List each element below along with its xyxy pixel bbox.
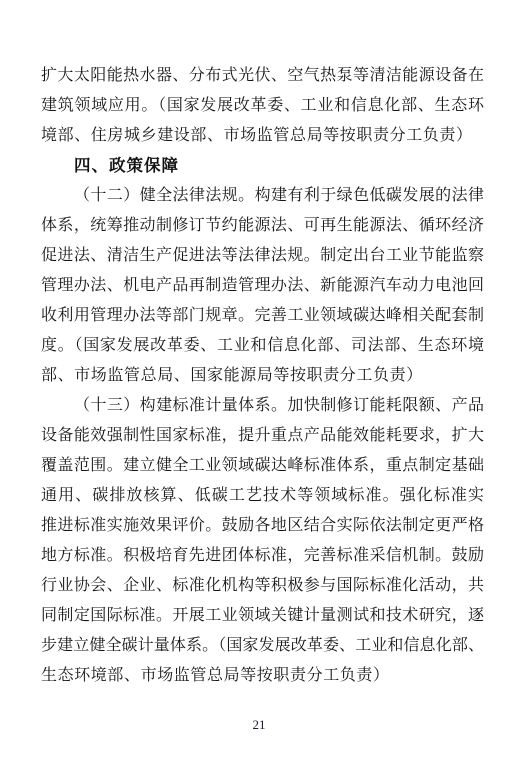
page-number: 21: [0, 717, 518, 733]
text-line: 度。（国家发展改革委、工业和信息化部、司法部、生态环境: [41, 331, 484, 361]
document-page: 扩大太阳能热水器、分布式光伏、空气热泵等清洁能源设备在 建筑领域应用。（国家发展…: [0, 0, 518, 758]
text-line: 扩大太阳能热水器、分布式光伏、空气热泵等清洁能源设备在: [41, 61, 484, 91]
text-line: 覆盖范围。建立健全工业领域碳达峰标准体系，重点制定基础: [41, 451, 484, 481]
text-line: 促进法、清洁生产促进法等法律法规。制定出台工业节能监察: [41, 241, 484, 271]
text-line: 通用、碳排放核算、低碳工艺技术等领域标准。强化标准实施，: [41, 481, 484, 511]
text-line: 建筑领域应用。（国家发展改革委、工业和信息化部、生态环: [41, 91, 484, 121]
text-line: 收利用管理办法等部门规章。完善工业领域碳达峰相关配套制: [41, 301, 484, 331]
text-line: 设备能效强制性国家标准，提升重点产品能效能耗要求，扩大: [41, 421, 484, 451]
text-line: 生态环境部、市场监管总局等按职责分工负责）: [41, 661, 484, 691]
paragraph-start: （十二）健全法律法规。构建有利于绿色低碳发展的法律: [41, 181, 484, 211]
text-line: 境部、住房城乡建设部、市场监管总局等按职责分工负责）: [41, 121, 484, 151]
text-line: 部、市场监管总局、国家能源局等按职责分工负责）: [41, 361, 484, 391]
text-line: 推进标准实施效果评价。鼓励各地区结合实际依法制定更严格: [41, 511, 484, 541]
paragraph-start: （十三）构建标准计量体系。加快制修订能耗限额、产品: [41, 391, 484, 421]
section-heading: 四、政策保障: [41, 151, 484, 181]
text-line: 步建立健全碳计量体系。（国家发展改革委、工业和信息化部、: [41, 631, 484, 661]
text-line: 地方标准。积极培育先进团体标准，完善标准采信机制。鼓励: [41, 541, 484, 571]
text-line: 同制定国际标准。开展工业领域关键计量测试和技术研究，逐: [41, 601, 484, 631]
text-line: 体系，统筹推动制修订节约能源法、可再生能源法、循环经济: [41, 211, 484, 241]
text-line: 行业协会、企业、标准化机构等积极参与国际标准化活动，共: [41, 571, 484, 601]
text-line: 管理办法、机电产品再制造管理办法、新能源汽车动力电池回: [41, 271, 484, 301]
document-body: 扩大太阳能热水器、分布式光伏、空气热泵等清洁能源设备在 建筑领域应用。（国家发展…: [41, 61, 484, 691]
